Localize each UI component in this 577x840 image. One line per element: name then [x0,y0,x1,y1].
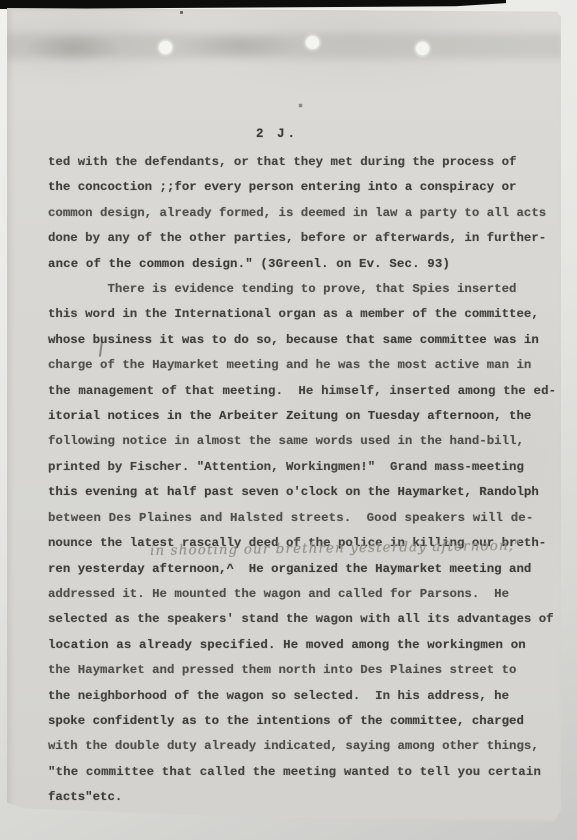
scan-top-edge-bar [0,0,506,9]
text-line: There is evidence tending to prove, that… [48,277,553,302]
scanned-paper-page: 2 J. ted with the defendants, or that th… [7,8,561,823]
punch-hole-center [306,36,319,49]
paper-crease [7,28,561,64]
scan-specks [7,8,8,9]
text-line: ance of the common design." (3Greenl. on… [48,252,553,277]
text-line: this word in the International organ as … [48,302,553,327]
text-line: done by any of the other parties, before… [48,226,553,251]
text-line: selected as the speakers' stand the wago… [48,607,553,632]
text-line: the management of that meeting. He himse… [48,379,553,404]
text-line: "the committee that called the meeting w… [48,760,553,785]
text-line: common design, already formed, is deemed… [48,201,553,226]
text-line: this evening at half past seven o'clock … [48,480,553,505]
punch-hole-right [416,42,429,55]
text-line: the Haymarket and pressed them north int… [48,658,553,683]
text-line: whose business it was to do so, because … [48,328,553,353]
text-line: spoke confidently as to the intentions o… [48,709,553,734]
typewritten-body: ted with the defendants, or that they me… [48,150,553,811]
text-line: ted with the defendants, or that they me… [48,150,553,175]
text-line: following notice in almost the same word… [48,429,553,454]
page-number: 2 J. [256,127,298,141]
text-line: ren yesterday afternoon,^ He organized t… [48,557,553,582]
text-line: location as already specified. He moved … [48,633,553,658]
text-line: the concoction ;;for every person enteri… [48,175,553,200]
text-line: itorial notices in the Arbeiter Zeitung … [48,404,553,429]
text-line: facts"etc. [48,785,553,810]
text-line: charge of the Haymarket meeting and he w… [48,353,553,378]
text-line: printed by Fischer. "Attention, Workingm… [48,455,553,480]
text-line: addressed it. He mounted the wagon and c… [48,582,553,607]
punch-hole-left [159,41,172,54]
text-line: with the double duty already indicated, … [48,734,553,759]
text-line: between Des Plaines and Halsted streets.… [48,506,553,531]
text-line: the neighborhood of the wagon so selecte… [48,684,553,709]
